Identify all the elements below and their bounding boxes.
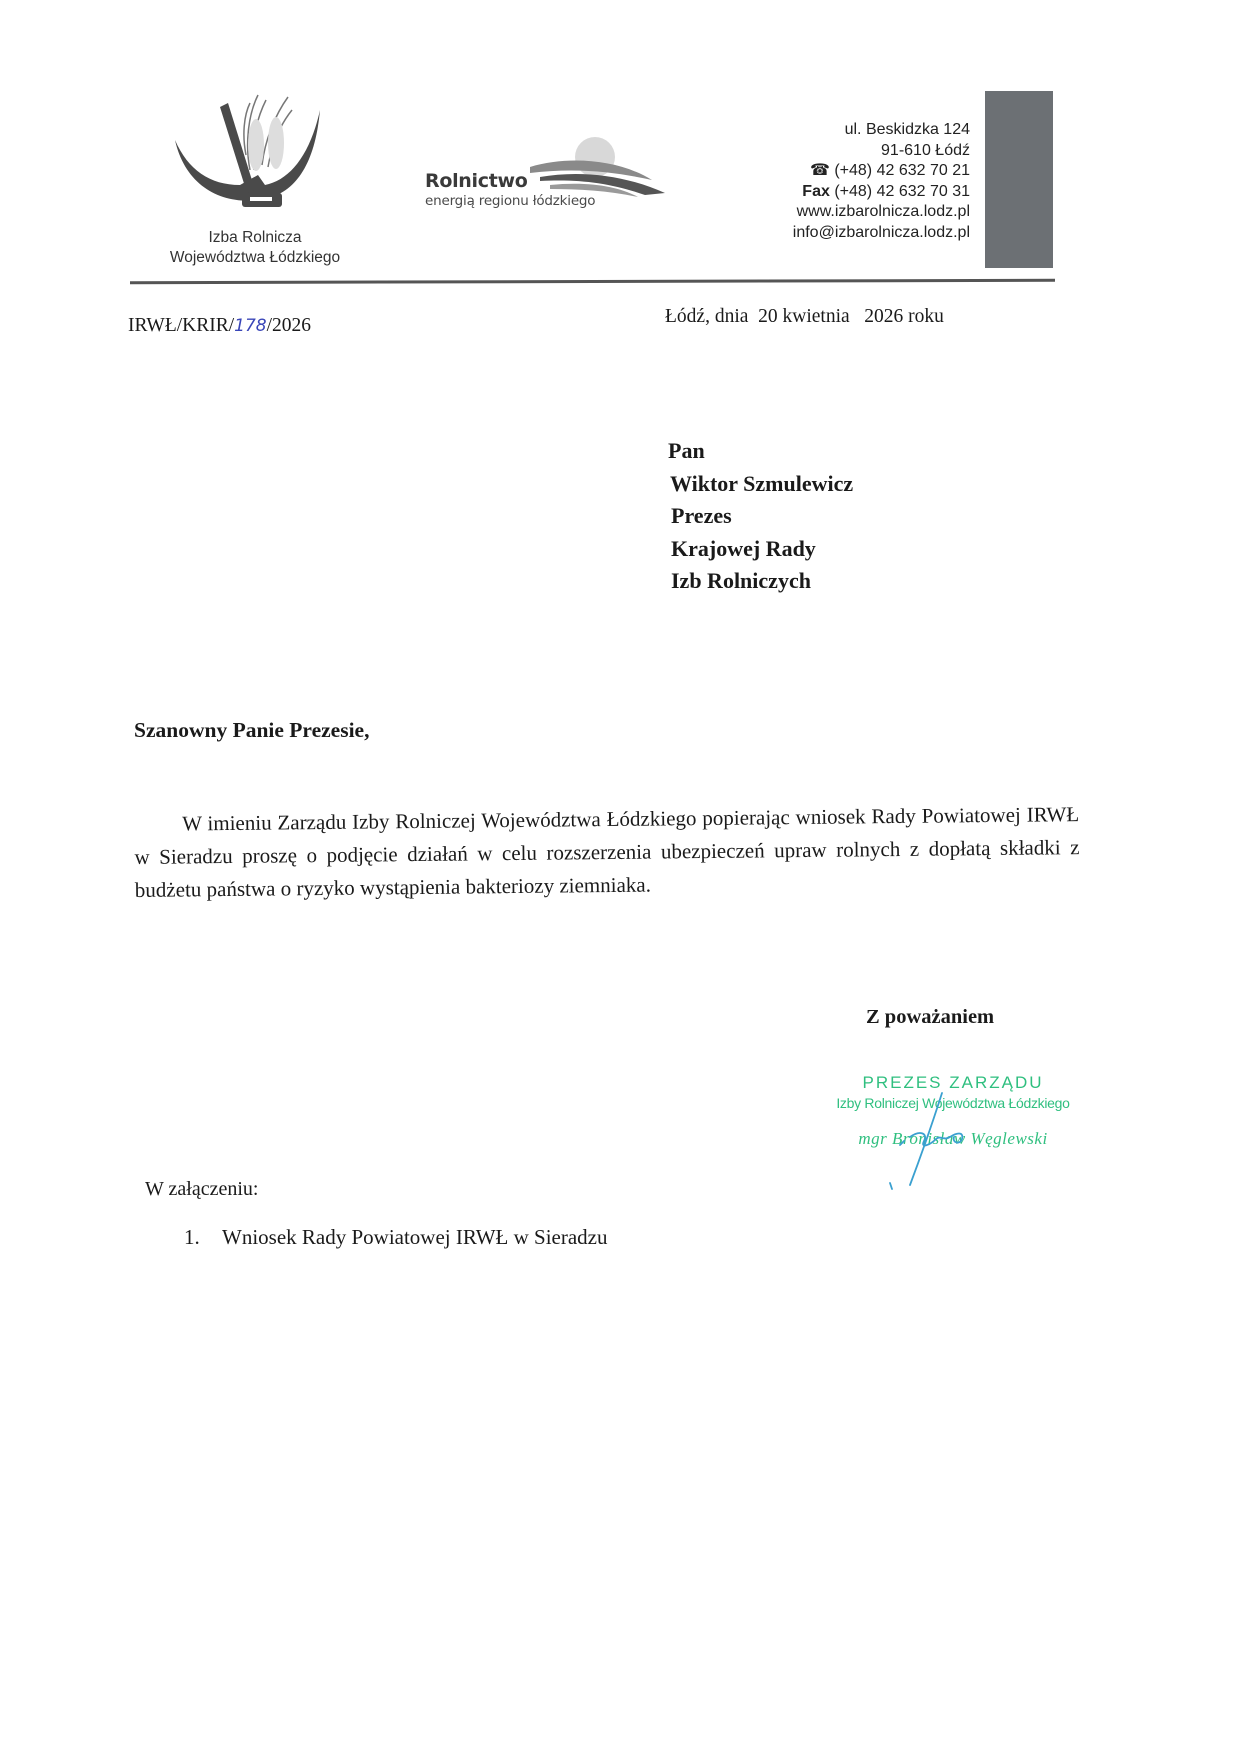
contact-street: ul. Beskidzka 124 bbox=[793, 120, 970, 141]
scythe-wheat-emblem-icon bbox=[170, 85, 330, 235]
letter-body-text: W imieniu Zarządu Izby Rolniczej Wojewód… bbox=[134, 802, 1079, 902]
letter-body: W imieniu Zarządu Izby Rolniczej Wojewód… bbox=[134, 798, 1080, 907]
date-line: Łódź, dnia 20 kwietnia 2026 roku bbox=[665, 306, 944, 328]
org-name-line1: Izba Rolnicza bbox=[140, 228, 370, 248]
organization-name: Izba Rolnicza Województwa Łódzkiego bbox=[140, 228, 370, 268]
reference-suffix: /2026 bbox=[267, 315, 311, 336]
contact-website[interactable]: www.izbarolnicza.lodz.pl bbox=[793, 202, 970, 223]
contact-block: ul. Beskidzka 124 91-610 Łódź ☎ (+48) 42… bbox=[793, 120, 970, 243]
handwritten-reference-number: 178 bbox=[234, 316, 266, 336]
addressee-line: Krajowej Rady bbox=[671, 533, 853, 566]
letterhead-accent-block bbox=[985, 91, 1053, 268]
campaign-title: Rolnictwo bbox=[425, 170, 528, 192]
salutation: Szanowny Panie Prezesie, bbox=[134, 718, 369, 743]
addressee-line: Wiktor Szmulewicz bbox=[670, 468, 853, 501]
header-divider bbox=[130, 279, 1055, 284]
attachment-number: 1. bbox=[184, 1225, 222, 1250]
addressee-line: Prezes bbox=[671, 500, 853, 533]
contact-fax-row: Fax (+48) 42 632 70 31 bbox=[793, 182, 970, 203]
contact-phone: (+48) 42 632 70 21 bbox=[834, 162, 970, 179]
addressee-line: Izb Rolniczych bbox=[671, 565, 853, 598]
contact-email[interactable]: info@izbarolnicza.lodz.pl bbox=[793, 223, 970, 244]
addressee-block: Pan Wiktor Szmulewicz Prezes Krajowej Ra… bbox=[668, 435, 853, 598]
addressee-line: Pan bbox=[668, 435, 853, 468]
reference-prefix: IRWŁ/KRIR/ bbox=[128, 315, 234, 336]
contact-phone-row: ☎ (+48) 42 632 70 21 bbox=[793, 161, 970, 182]
fax-label: Fax bbox=[802, 183, 830, 200]
attachment-text: Wniosek Rady Powiatowej IRWŁ w Sieradzu bbox=[222, 1225, 608, 1249]
attachment-item: 1.Wniosek Rady Powiatowej IRWŁ w Sieradz… bbox=[184, 1225, 608, 1250]
contact-city: 91-610 Łódź bbox=[793, 141, 970, 162]
campaign-subtitle: energią regionu łódzkiego bbox=[425, 193, 595, 209]
telephone-icon: ☎ bbox=[810, 162, 830, 179]
closing: Z poważaniem bbox=[866, 1006, 994, 1029]
reference-number: IRWŁ/KRIR/178/2026 bbox=[128, 315, 311, 337]
attachments-label: W załączeniu: bbox=[145, 1178, 258, 1201]
contact-fax: (+48) 42 632 70 31 bbox=[834, 183, 970, 200]
handwritten-signature-icon bbox=[880, 1085, 990, 1195]
org-name-line2: Województwa Łódzkiego bbox=[140, 248, 370, 268]
